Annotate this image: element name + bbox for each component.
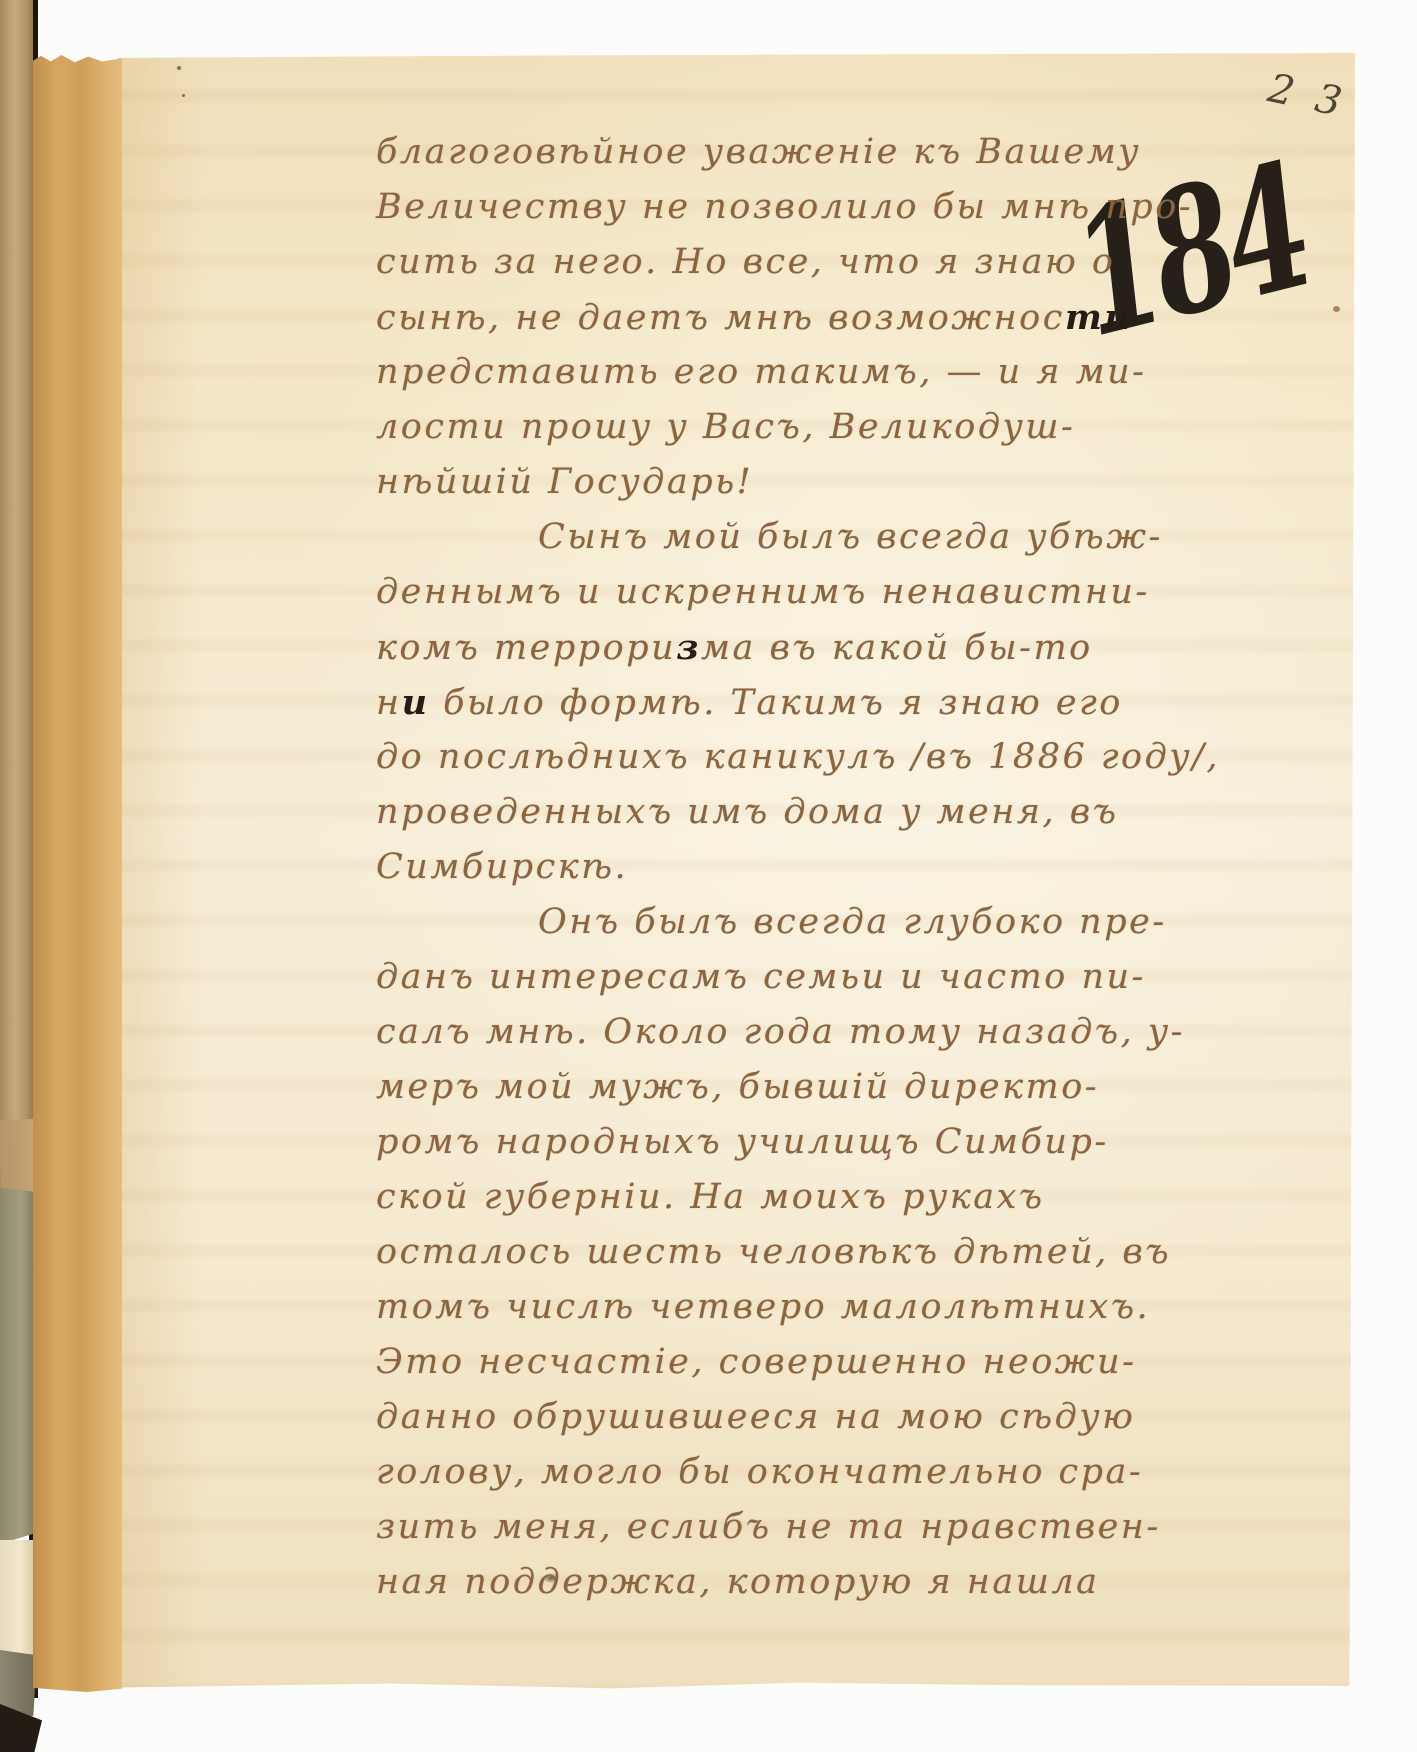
text-segment: до послѣднихъ каникулъ /въ 1886 году/, [376, 737, 1220, 777]
ink-correction: и [402, 682, 430, 723]
text-segment: зить меня, еслибъ не та нравствен- [376, 1507, 1161, 1547]
text-line: до послѣднихъ каникулъ /въ 1886 году/, [376, 730, 1336, 785]
stacked-page-edge-cream [0, 1540, 34, 1656]
text-line: комъ терроризма въ какой бы-то [376, 620, 1336, 675]
text-segment: Онъ былъ всегда глубоко пре- [538, 902, 1167, 942]
text-segment: сить за него. Но все, что я знаю о [376, 242, 1116, 282]
text-line: ная поддержка, которую я нашла [376, 1555, 1336, 1610]
text-line: сынѣ, не даетъ мнѣ возможности [376, 290, 1336, 345]
text-segment: данъ интересамъ семьи и часто пи- [376, 957, 1146, 997]
text-line: ромъ народныхъ училищъ Симбир- [376, 1115, 1336, 1170]
stacked-page-edge-olive [0, 1188, 36, 1544]
text-segment: ской губерніи. На моихъ рукахъ [376, 1177, 1045, 1217]
text-line: сить за него. Но все, что я знаю о [376, 235, 1336, 290]
text-line: Онъ былъ всегда глубоко пре- [376, 895, 1336, 950]
text-line: проведенныхъ имъ дома у меня, въ [376, 785, 1336, 840]
text-line: зить меня, еслибъ не та нравствен- [376, 1500, 1336, 1555]
text-line: представить его такимъ, — и я ми- [376, 345, 1336, 400]
text-line: меръ мой мужъ, бывшій директо- [376, 1060, 1336, 1115]
paper-fleck [177, 66, 181, 70]
pencil-page-number: 2 3 [1264, 65, 1350, 126]
letter-page: 2 3 184 благоговѣйное уваженіе къ Вашему… [118, 53, 1355, 1690]
text-segment: комъ террори [376, 628, 676, 668]
binding-strip [33, 55, 122, 1692]
text-segment: н [376, 683, 402, 723]
stacked-page-edge-brown [0, 0, 33, 1196]
text-line: осталось шесть человѣкъ дѣтей, въ [376, 1225, 1336, 1280]
ink-correction: з [676, 627, 701, 668]
text-segment: лости прошу у Васъ, Великодуш- [376, 407, 1075, 447]
text-segment: салъ мнѣ. Около года тому назадъ, у- [376, 1012, 1185, 1052]
text-segment: Это несчастіе, совершенно неожи- [376, 1342, 1136, 1382]
text-line: Величеству не позволило бы мнѣ про- [376, 180, 1336, 235]
text-line: Это несчастіе, совершенно неожи- [376, 1335, 1336, 1390]
text-segment: проведенныхъ имъ дома у меня, въ [376, 792, 1118, 832]
text-segment: Величеству не позволило бы мнѣ про- [376, 187, 1193, 227]
text-segment: меръ мой мужъ, бывшій директо- [376, 1067, 1099, 1107]
text-line: томъ числѣ четверо малолѣтнихъ. [376, 1280, 1336, 1335]
text-line: деннымъ и искреннимъ ненавистни- [376, 565, 1336, 620]
text-segment: ная поддержка, которую я нашла [376, 1562, 1100, 1602]
text-segment: томъ числѣ четверо малолѣтнихъ. [376, 1287, 1150, 1327]
text-segment: представить его такимъ, — и я ми- [376, 352, 1146, 392]
text-segment: было формѣ. Такимъ я знаю его [430, 683, 1123, 723]
text-line: благоговѣйное уваженіе къ Вашему [376, 125, 1336, 180]
text-segment: нѣйшій Государь! [376, 462, 753, 502]
text-segment: сынѣ, не даетъ мнѣ возможнос [376, 298, 1065, 338]
archival-scan: 2 3 184 благоговѣйное уваженіе къ Вашему… [0, 0, 1417, 1752]
text-line: лости прошу у Васъ, Великодуш- [376, 400, 1336, 455]
text-line: Сынъ мой былъ всегда убѣж- [376, 510, 1336, 565]
text-line: ни было формѣ. Такимъ я знаю его [376, 675, 1336, 730]
text-segment: благоговѣйное уваженіе къ Вашему [376, 132, 1141, 172]
text-line: нѣйшій Государь! [376, 455, 1336, 510]
text-line: ской губерніи. На моихъ рукахъ [376, 1170, 1336, 1225]
ink-correction: ти [1065, 297, 1132, 338]
stacked-page-edge-grey [0, 1650, 37, 1716]
text-segment: деннымъ и искреннимъ ненавистни- [376, 572, 1150, 612]
paper-fleck [182, 94, 185, 97]
text-segment: Симбирскѣ. [376, 847, 628, 887]
text-segment: осталось шесть человѣкъ дѣтей, въ [376, 1232, 1171, 1272]
text-segment: голову, могло бы окончательно сра- [376, 1452, 1143, 1492]
text-line: Симбирскѣ. [376, 840, 1336, 895]
text-line: данно обрушившееся на мою сѣдую [376, 1390, 1336, 1445]
letter-text: благоговѣйное уваженіе къ ВашемуВеличест… [376, 125, 1336, 1610]
text-segment: ромъ народныхъ училищъ Симбир- [376, 1122, 1109, 1162]
text-line: данъ интересамъ семьи и часто пи- [376, 950, 1336, 1005]
text-segment: данно обрушившееся на мою сѣдую [376, 1397, 1135, 1437]
text-segment: Сынъ мой былъ всегда убѣж- [538, 517, 1163, 557]
text-segment: ма въ какой бы-то [701, 628, 1093, 668]
text-line: голову, могло бы окончательно сра- [376, 1445, 1336, 1500]
text-line: салъ мнѣ. Около года тому назадъ, у- [376, 1005, 1336, 1060]
